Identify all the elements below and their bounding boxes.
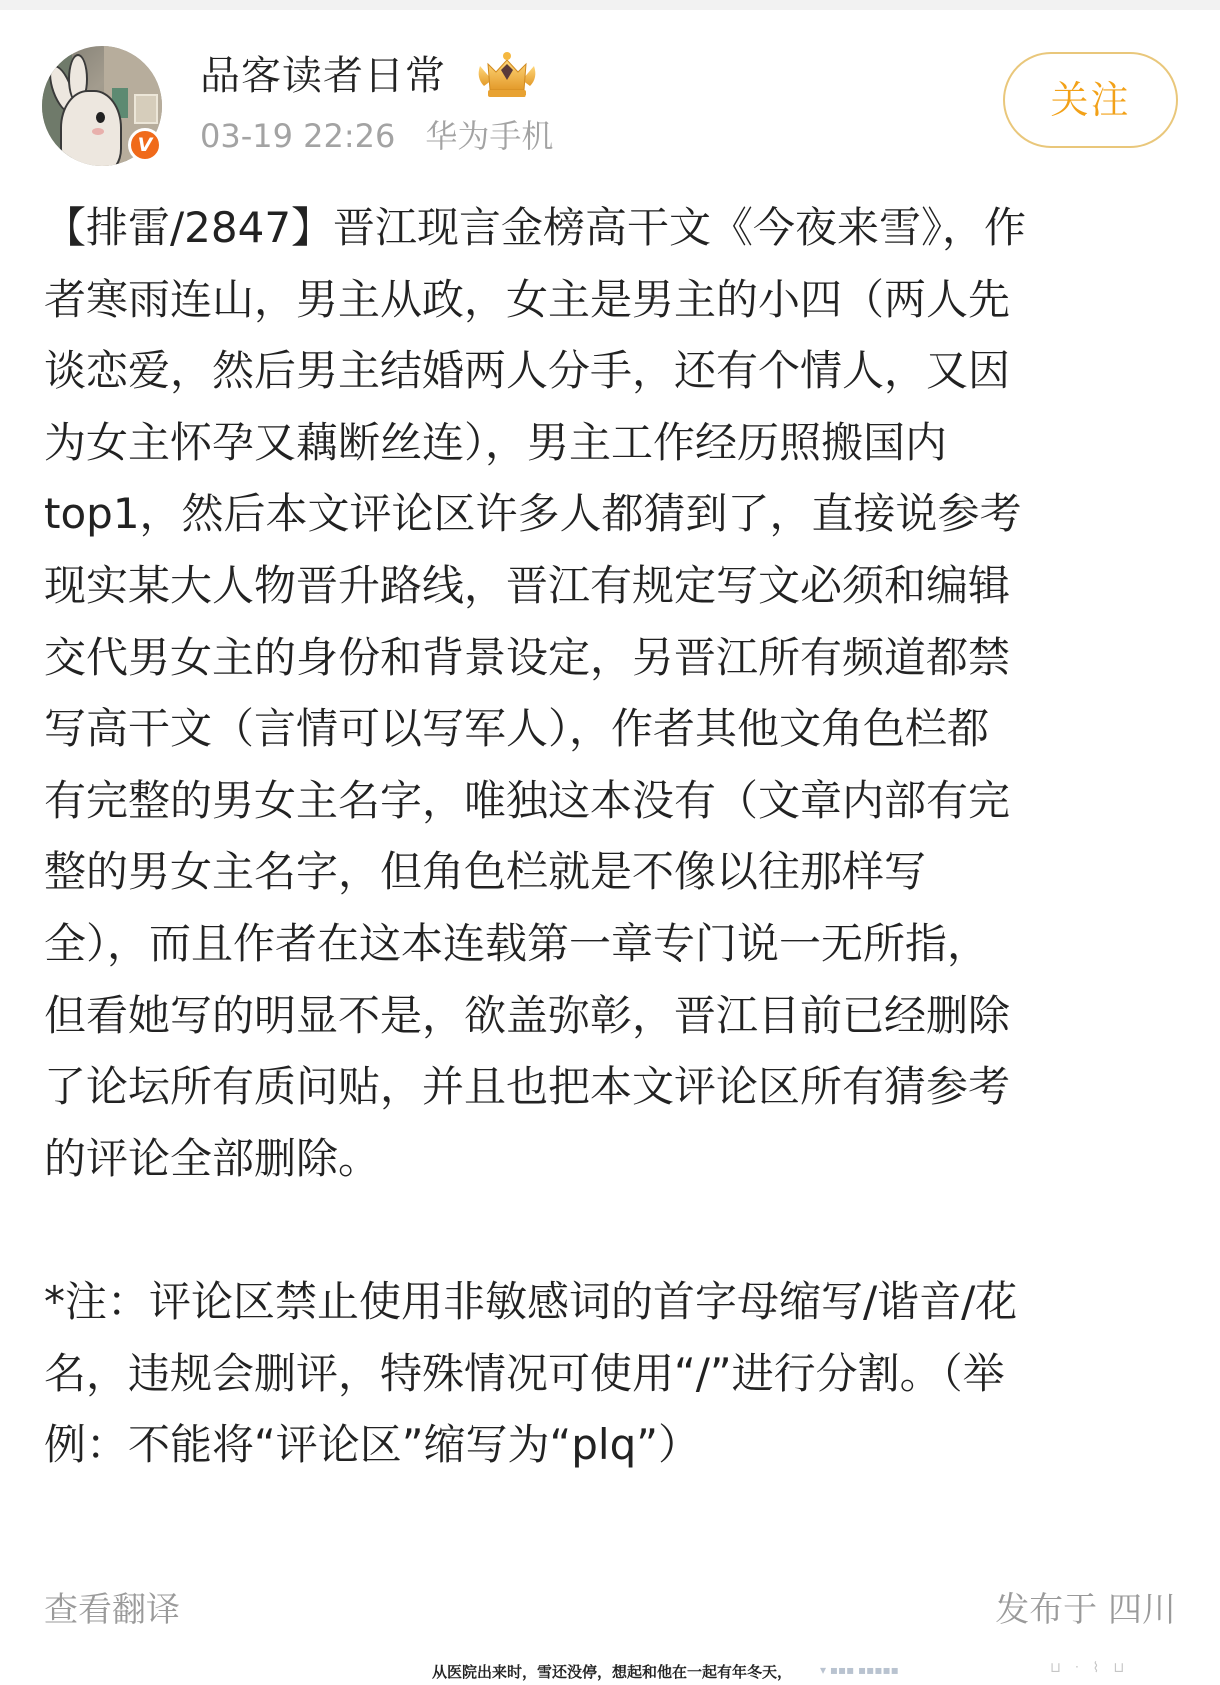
- post-body-line: 但看她写的明显不是，欲盖弥彰，晋江目前已经删除: [44, 980, 1184, 1052]
- post-body-line: 全），而且作者在这本连载第一章专门说一无所指，: [44, 908, 1184, 980]
- paragraph-gap: [44, 1194, 1184, 1266]
- post-body-line: 交代男女主的身份和背景设定，另晋江所有频道都禁: [44, 622, 1184, 694]
- post-body-line: 谈恋爱，然后男主结婚两人分手，还有个情人，又因: [44, 335, 1184, 407]
- avatar-bunny-eye: [96, 112, 105, 123]
- post-timestamp: 03-19 22:26: [200, 117, 395, 155]
- avatar-bunny-cheek: [92, 128, 104, 135]
- post-body-line: 者寒雨连山，男主从政，女主是男主的小四（两人先: [44, 264, 1184, 336]
- post-body-line: 写高干文（言情可以写军人），作者其他文角色栏都: [44, 693, 1184, 765]
- next-content-caption: 从医院出来时，雪还没停，想起和他在一起有年冬天，: [432, 1662, 792, 1682]
- post-body-line: 有完整的男女主名字，唯独这本没有（文章内部有完: [44, 765, 1184, 837]
- post-source-device: 华为手机: [425, 117, 553, 155]
- post-body-line: 了论坛所有质问贴，并且也把本文评论区所有猜参考: [44, 1051, 1184, 1123]
- post-note-line: 例：不能将“评论区”缩写为“plq”）: [44, 1409, 1184, 1481]
- post-body-line: 为女主怀孕又藕断丝连），男主工作经历照搬国内: [44, 407, 1184, 479]
- post-body-line: 整的男女主名字，但角色栏就是不像以往那样写: [44, 836, 1184, 908]
- author-name[interactable]: 品客读者日常: [200, 52, 446, 100]
- post-body-line: top1，然后本文评论区许多人都猜到了，直接说参考: [44, 478, 1184, 550]
- next-content-faded-text: ▾ ▪▪▪ ▪▪▪▪▪: [820, 1662, 899, 1678]
- post-body-line: 现实某大人物晋升路线，晋江有规定写文必须和编辑: [44, 550, 1184, 622]
- view-translation-link[interactable]: 查看翻译: [44, 1590, 180, 1630]
- next-content-preview[interactable]: 从医院出来时，雪还没停，想起和他在一起有年冬天， ▾ ▪▪▪ ▪▪▪▪▪ ⊔ᐧ⌇…: [0, 1652, 1220, 1685]
- top-divider-strip: [0, 0, 1220, 10]
- post-location: 发布于 四川: [995, 1590, 1176, 1630]
- post-body: 【排雷/2847】晋江现言金榜高干文《今夜来雪》，作 者寒雨连山，男主从政，女主…: [44, 192, 1184, 1481]
- post-body-line: 【排雷/2847】晋江现言金榜高干文《今夜来雪》，作: [44, 192, 1184, 264]
- avatar-bunny: [60, 90, 122, 166]
- crown-level: 1: [524, 86, 532, 100]
- post-body-line: 的评论全部删除。: [44, 1123, 1184, 1195]
- post-note-line: 名，违规会删评，特殊情况可使用“/”进行分割。（举: [44, 1338, 1184, 1410]
- crown-badge-icon[interactable]: 1: [474, 50, 540, 100]
- post-note-line: *注：评论区禁止使用非敏感词的首字母缩写/谐音/花: [44, 1266, 1184, 1338]
- post-meta: 03-19 22:26华为手机: [200, 116, 553, 156]
- verified-v-icon: V: [128, 128, 162, 162]
- next-content-toolbar-icons: ⊔ᐧ⌇⊔: [1050, 1660, 1138, 1676]
- follow-button[interactable]: 关注: [1003, 52, 1178, 148]
- avatar-picture-frame: [134, 94, 158, 124]
